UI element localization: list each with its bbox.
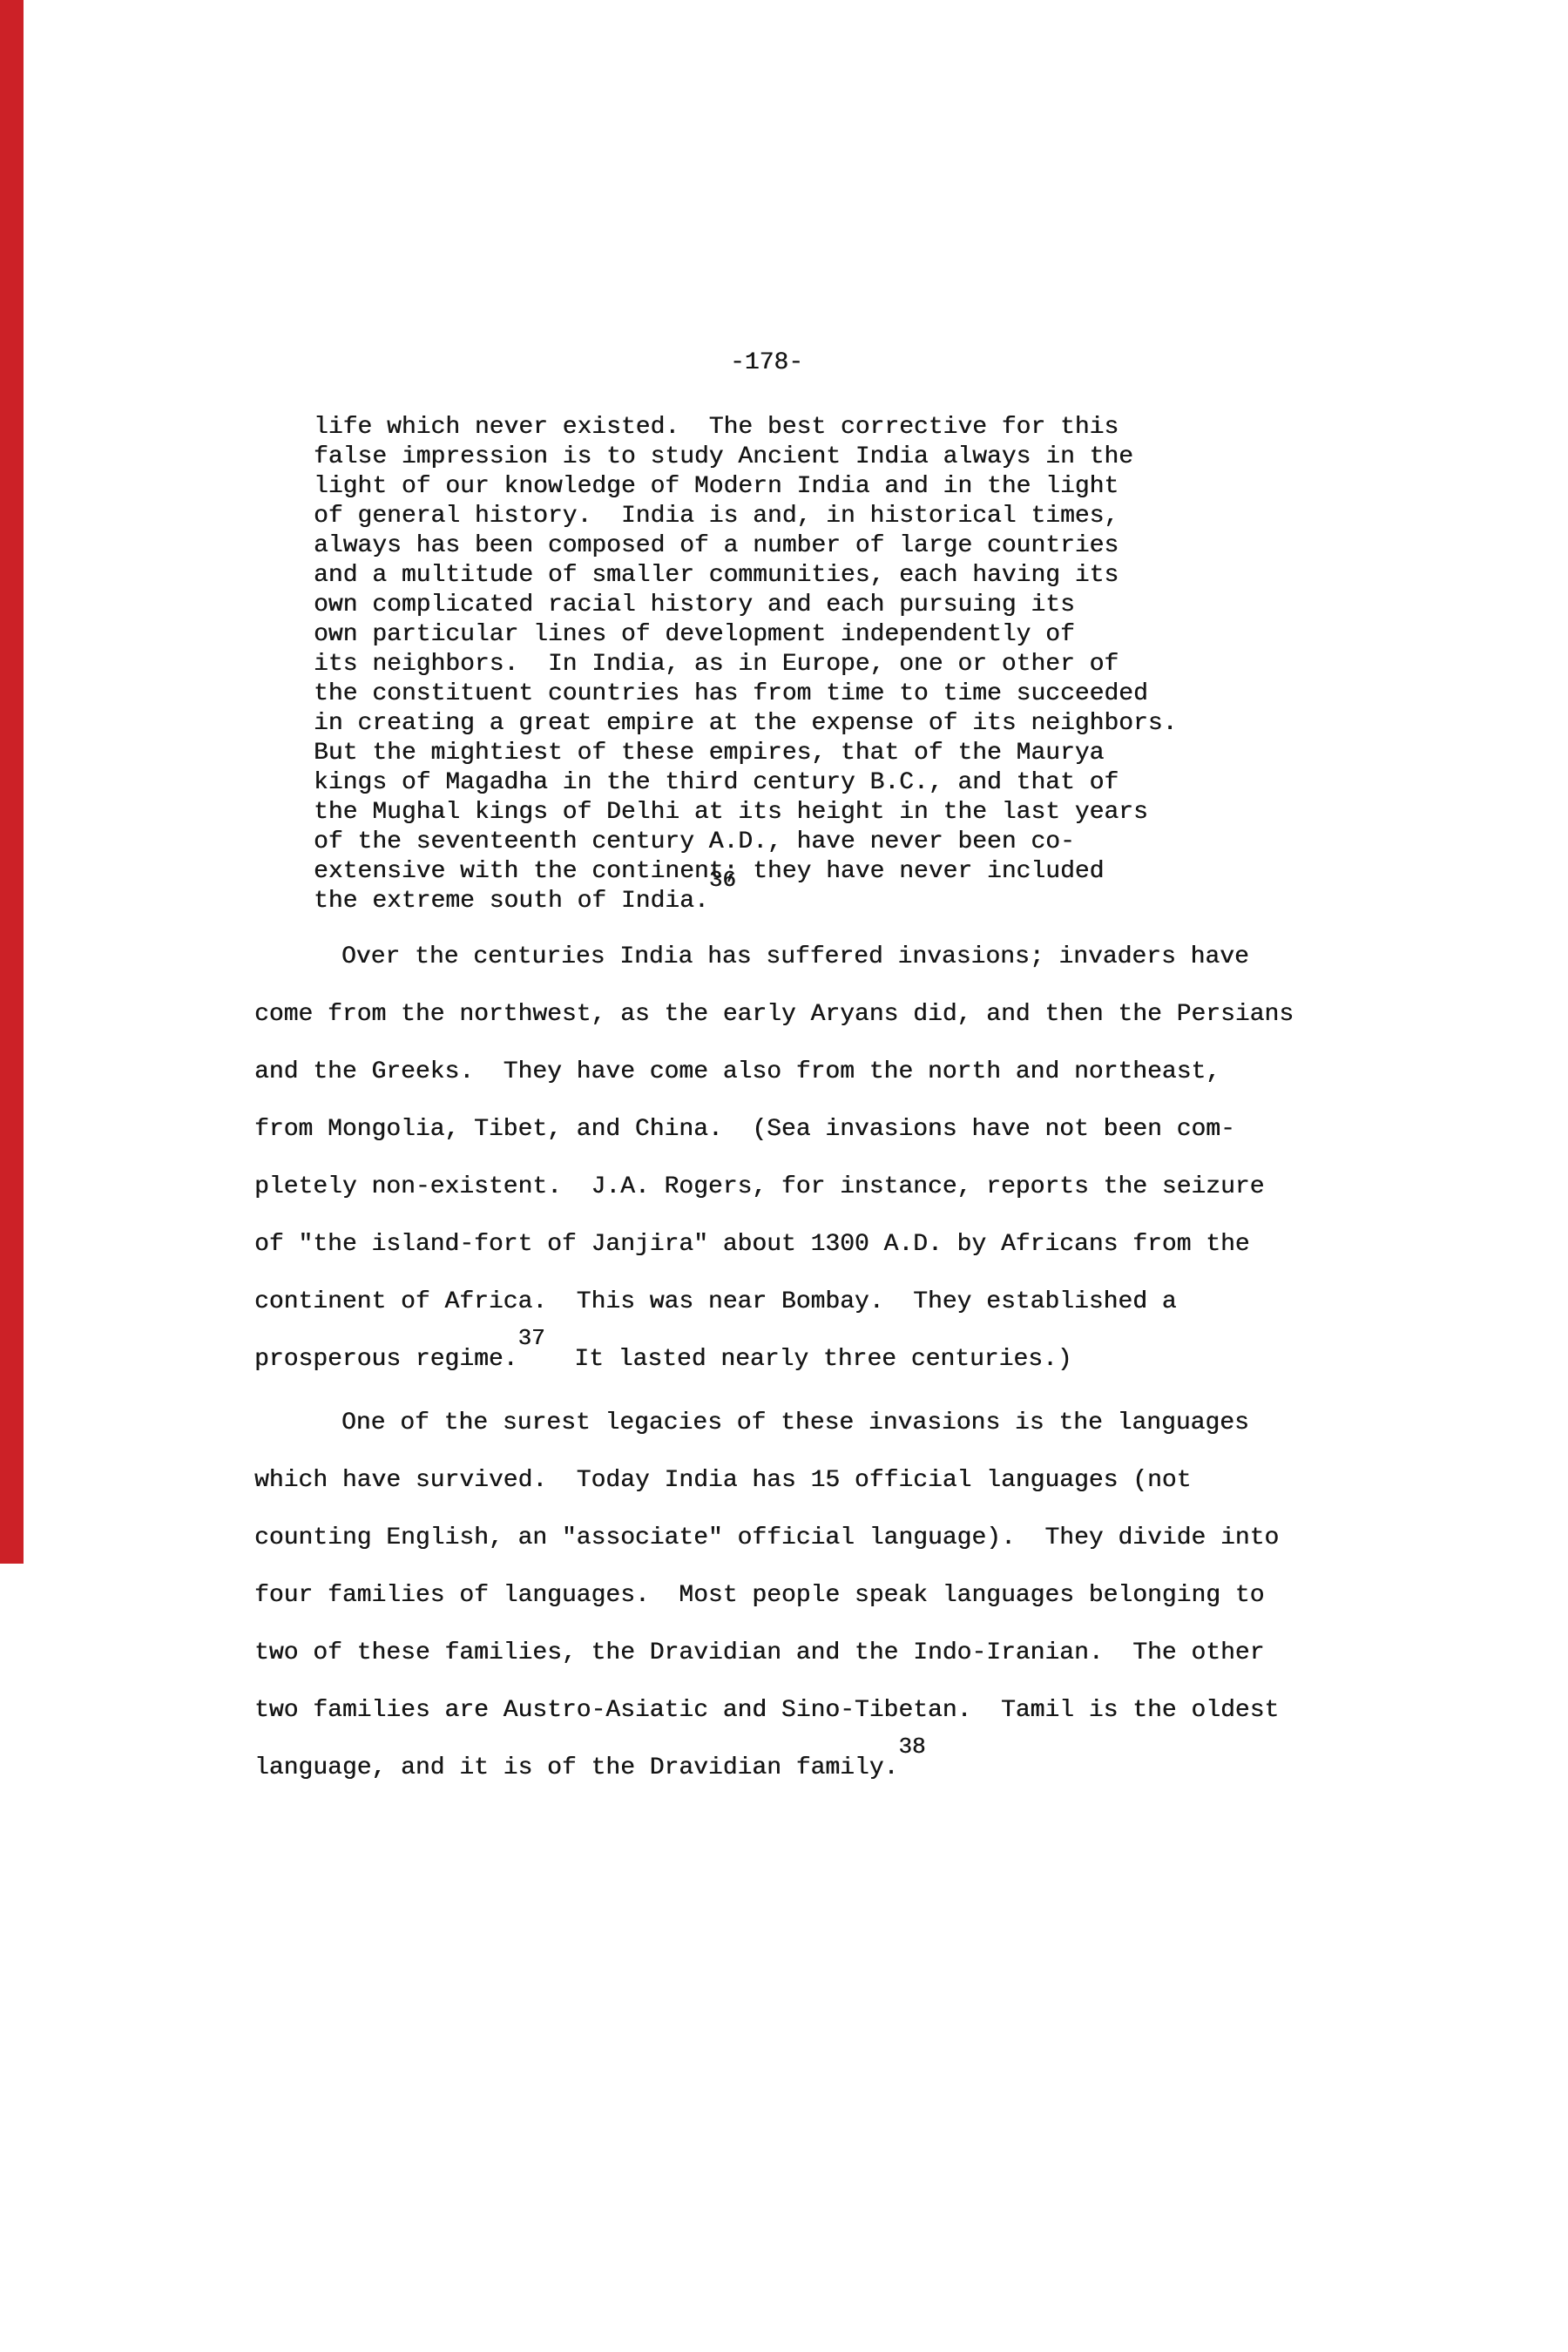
paragraph-languages-text: One of the surest legacies of these inva… [254,1409,1279,1781]
block-quote: life which never existed. The best corre… [314,413,1237,916]
paragraph-invasions: Over the centuries India has suffered in… [254,929,1369,1389]
footnote-ref-36: 36 [709,867,736,893]
paragraph-languages: One of the surest legacies of these inva… [254,1395,1369,1797]
scanned-document-page: -178- life which never existed. The best… [0,0,1568,2352]
page-number: -178- [730,348,803,378]
footnote-ref-37: 37 [517,1325,544,1351]
block-quote-text: life which never existed. The best corre… [314,414,1177,915]
paragraph-invasions-text: Over the centuries India has suffered in… [254,943,1294,1373]
scan-edge-red-strip [0,0,24,1564]
footnote-ref-38: 38 [898,1734,925,1760]
paragraph-invasions-text-after: It lasted nearly three centuries.) [545,1346,1072,1373]
